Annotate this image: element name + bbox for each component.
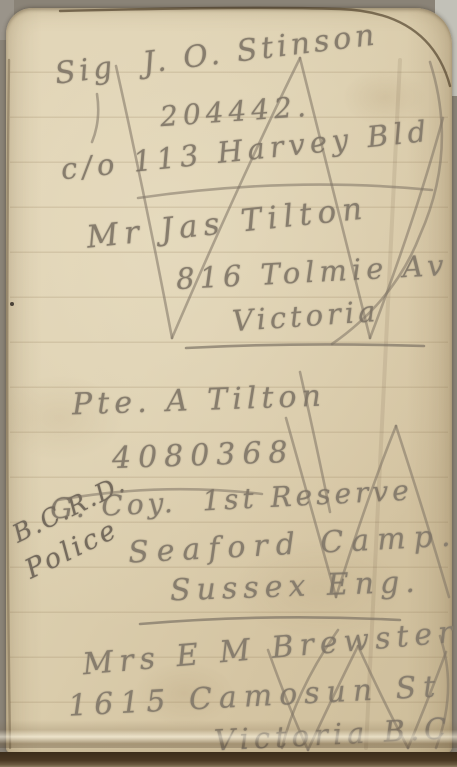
notebook-photo: Sig J. O. Stinson 204442. c/o 113 Harvey…	[0, 0, 457, 767]
notebook-cover-edge	[0, 752, 457, 767]
handwritten-line-name: Pte. A Tilton	[72, 382, 327, 421]
handwritten-line-service-number: 4080368	[112, 438, 296, 474]
handwritten-line-region: Sussex Eng.	[170, 568, 422, 607]
